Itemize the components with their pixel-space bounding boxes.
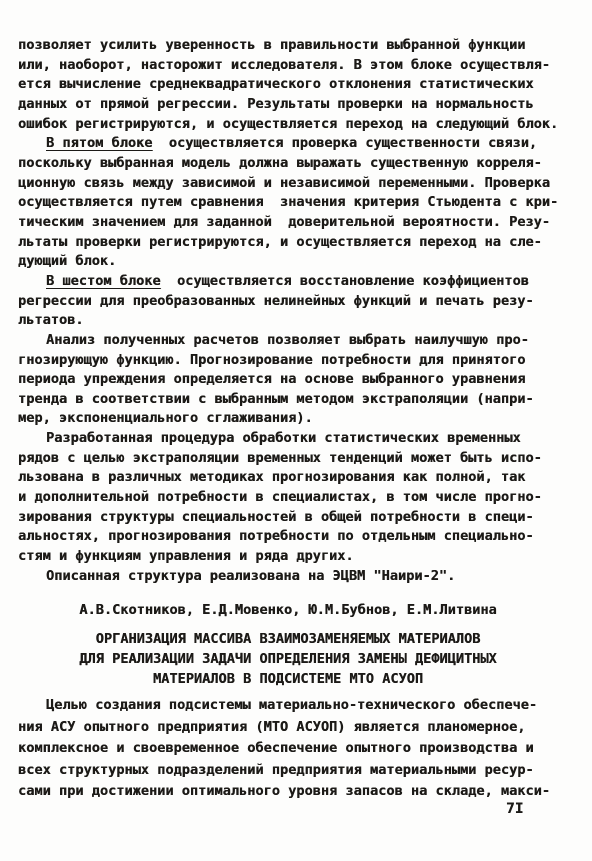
document-page: позволяет усилить уверенность в правильн… <box>0 0 592 861</box>
text-segment: осуществляется проверка существенности с… <box>152 135 537 151</box>
text-line: альностях, прогнозирования потребности п… <box>18 527 558 547</box>
text-line: В пятом блоке осуществляется проверка су… <box>18 134 558 154</box>
text-line: данных от прямой регрессии. Результаты п… <box>18 95 558 115</box>
text-line: или, наоборот, насторожит исследователя.… <box>18 56 558 76</box>
text-line: Анализ полученных расчетов позволяет выб… <box>18 331 558 351</box>
paragraph: Анализ полученных расчетов позволяет выб… <box>18 331 558 429</box>
text-line: и дополнительной потребности в специалис… <box>18 488 558 508</box>
text-line: позволяет усилить уверенность в правильн… <box>18 36 558 56</box>
text-line: тренда в соответствии с выбранным методо… <box>18 390 558 410</box>
text-line: регрессии для преобразованных нелинейных… <box>18 292 558 312</box>
text-line: А.В.Скотников, Е.Д.Мовенко, Ю.М.Бубнов, … <box>18 600 558 620</box>
text-line: Целью создания подсистемы материально-те… <box>18 695 558 716</box>
authors-line: А.В.Скотников, Е.Д.Мовенко, Ю.М.Бубнов, … <box>18 600 558 620</box>
text-line: всех структурных подразделений предприят… <box>18 760 558 781</box>
text-line: ошибок регистрируются, и осуществляется … <box>18 115 558 135</box>
text-line: МАТЕРИАЛОВ В ПОДСИСТЕМЕ МТО АСУОП <box>18 669 558 689</box>
text-line: льтатов. <box>18 311 558 331</box>
text-line: В шестом блоке осуществляется восстановл… <box>18 272 558 292</box>
text-line: ется вычисление среднеквадратического от… <box>18 75 558 95</box>
text-line: мер, экспоненциального сглаживания). <box>18 409 558 429</box>
text-line: стям и функциям управления и ряда других… <box>18 547 558 567</box>
text-line: ОРГАНИЗАЦИЯ МАССИВА ВЗАИМОЗАМЕНЯЕМЫХ МАТ… <box>18 629 558 649</box>
paragraph: В шестом блоке осуществляется восстановл… <box>18 272 558 331</box>
text-line: льтаты проверки регистрируются, и осущес… <box>18 233 558 253</box>
text-line: ционную связь между зависимой и независи… <box>18 174 558 194</box>
section-title: ОРГАНИЗАЦИЯ МАССИВА ВЗАИМОЗАМЕНЯЕМЫХ МАТ… <box>18 629 558 689</box>
text-line: сами при достижении оптимального уровня … <box>18 781 558 802</box>
text-line: дующий блок. <box>18 252 558 272</box>
text-line: льзована в различных методиках прогнозир… <box>18 468 558 488</box>
text-line: поскольку выбранная модель должна выража… <box>18 154 558 174</box>
paragraph: В пятом блоке осуществляется проверка су… <box>18 134 558 272</box>
underlined-phrase: В шестом блоке <box>46 273 161 289</box>
text-line: осуществляется путем сравнения значения … <box>18 193 558 213</box>
text-line: Разработанная процедура обработки статис… <box>18 429 558 449</box>
text-line: Описанная структура реализована на ЭЦВМ … <box>18 567 558 587</box>
page-number: 7I <box>506 800 523 818</box>
text-segment: осуществляется восстановление коэффициен… <box>161 273 529 289</box>
text-column: позволяет усилить уверенность в правильн… <box>18 36 558 802</box>
paragraph: позволяет усилить уверенность в правильн… <box>18 36 558 134</box>
underlined-phrase: В пятом блоке <box>46 135 152 151</box>
text-line: рядов с целью экстраполяции временных те… <box>18 449 558 469</box>
text-line: зирования структуры специальностей в общ… <box>18 508 558 528</box>
paragraph: Разработанная процедура обработки статис… <box>18 429 558 567</box>
text-line: гнозирующую функцию. Прогнозирование пот… <box>18 351 558 371</box>
text-line: комплексное и своевременное обеспечение … <box>18 738 558 759</box>
text-line: тическим значением для заданной доверите… <box>18 213 558 233</box>
text-line: ния АСУ опытного предприятия (МТО АСУОП)… <box>18 717 558 738</box>
paragraph: Описанная структура реализована на ЭЦВМ … <box>18 567 558 587</box>
text-line: периода упреждения определяется на основ… <box>18 370 558 390</box>
paragraph: Целью создания подсистемы материально-те… <box>18 695 558 802</box>
text-line: ДЛЯ РЕАЛИЗАЦИИ ЗАДАЧИ ОПРЕДЕЛЕНИЯ ЗАМЕНЫ… <box>18 649 558 669</box>
